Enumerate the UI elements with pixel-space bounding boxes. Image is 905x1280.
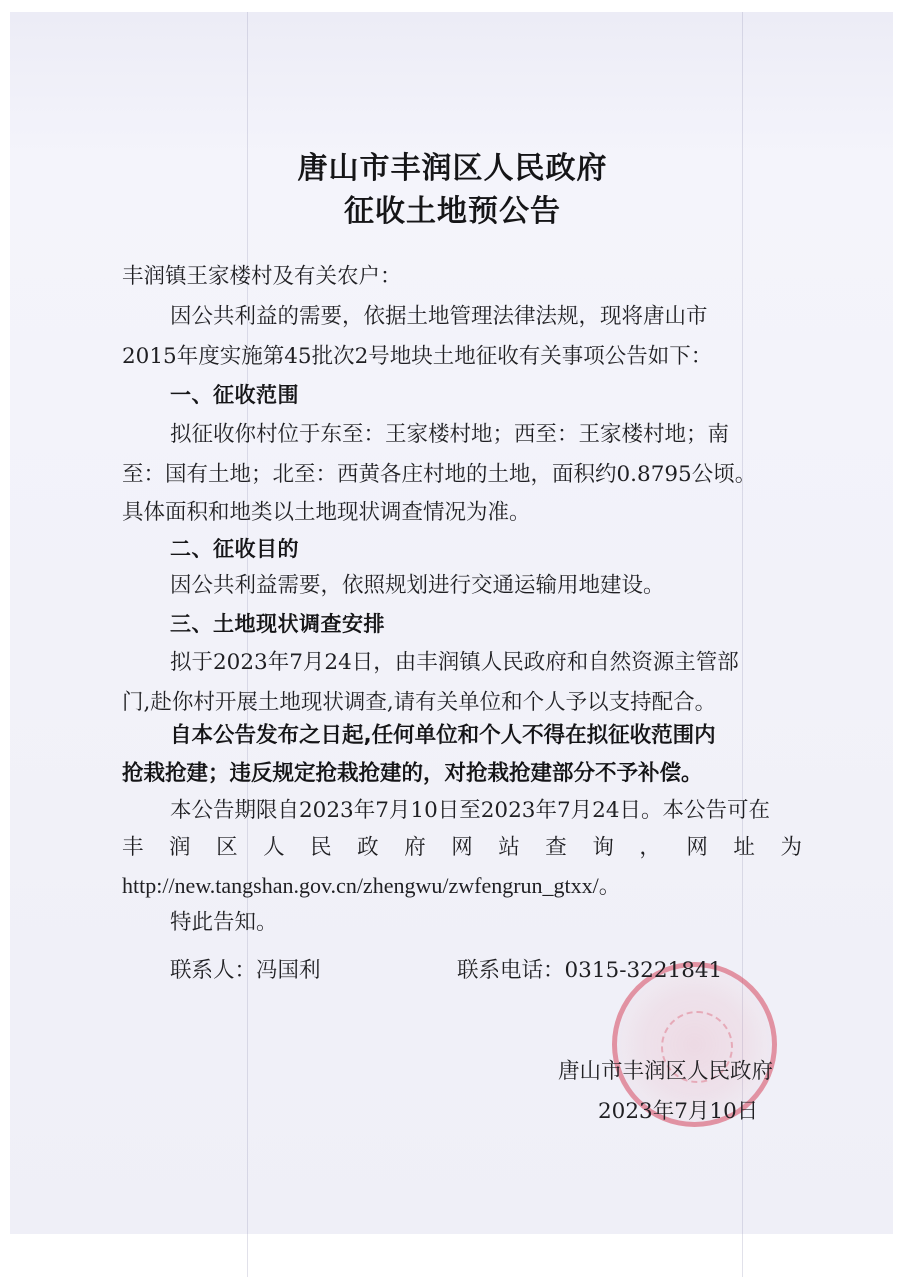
char: ， <box>639 833 661 863</box>
addressee: 丰润镇王家楼村及有关农户： <box>122 262 802 292</box>
website-url: http://new.tangshan.gov.cn/zhengwu/zwfen… <box>122 871 802 901</box>
char: 为 <box>780 833 802 863</box>
document-title-issuer: 唐山市丰润区人民政府 <box>0 143 905 187</box>
char: 网 <box>686 833 708 863</box>
closing-text: 特此告知。 <box>170 908 802 938</box>
signature-date: 2023年7月10日 <box>598 1097 758 1127</box>
char: 润 <box>169 833 191 863</box>
document-title-subject: 征收土地预公告 <box>0 186 905 230</box>
signature-org: 唐山市丰润区人民政府 <box>558 1057 773 1087</box>
section-text: 拟征收你村位于东至：王家楼村地；西至：王家楼村地；南 <box>170 420 802 450</box>
char: 区 <box>216 833 238 863</box>
section-heading-survey: 三、土地现状调查安排 <box>170 609 802 639</box>
char: 丰 <box>122 833 144 863</box>
section-text: 具体面积和地类以土地现状调查情况为准。 <box>122 498 802 528</box>
period-text: 本公告期限自2023年7月10日至2023年7月24日。本公告可在 <box>170 796 802 826</box>
char: 政 <box>357 833 379 863</box>
section-text: 门,赴你村开展土地现状调查,请有关单位和个人予以支持配合。 <box>122 688 802 718</box>
char: 民 <box>310 833 332 863</box>
period-text-justified: 丰 润 区 人 民 政 府 网 站 查 询 ， 网 址 为 <box>122 833 802 863</box>
char: 询 <box>592 833 614 863</box>
char: 人 <box>263 833 285 863</box>
warning-text: 抢栽抢建；违反规定抢栽抢建的，对抢栽抢建部分不予补偿。 <box>122 759 802 789</box>
char: 站 <box>498 833 520 863</box>
contact-phone: 联系电话：0315-3221841 <box>457 956 722 986</box>
section-heading-purpose: 二、征收目的 <box>170 534 802 564</box>
intro-text: 因公共利益的需要，依据土地管理法律法规，现将唐山市 <box>170 302 802 332</box>
char: 查 <box>545 833 567 863</box>
section-heading-scope: 一、征收范围 <box>170 380 802 410</box>
section-text: 至：国有土地；北至：西黄各庄村地的土地，面积约0.8795公顷。 <box>122 460 802 490</box>
contact-person: 联系人：冯国利 <box>170 956 321 986</box>
char: 府 <box>404 833 426 863</box>
char: 址 <box>733 833 755 863</box>
warning-text: 自本公告发布之日起,任何单位和个人不得在拟征收范围内 <box>170 721 802 751</box>
section-text: 拟于2023年7月24日，由丰润镇人民政府和自然资源主管部 <box>170 648 802 678</box>
section-text: 因公共利益需要，依照规划进行交通运输用地建设。 <box>170 571 802 601</box>
char: 网 <box>451 833 473 863</box>
intro-text: 2015年度实施第45批次2号地块土地征收有关事项公告如下： <box>122 342 802 372</box>
